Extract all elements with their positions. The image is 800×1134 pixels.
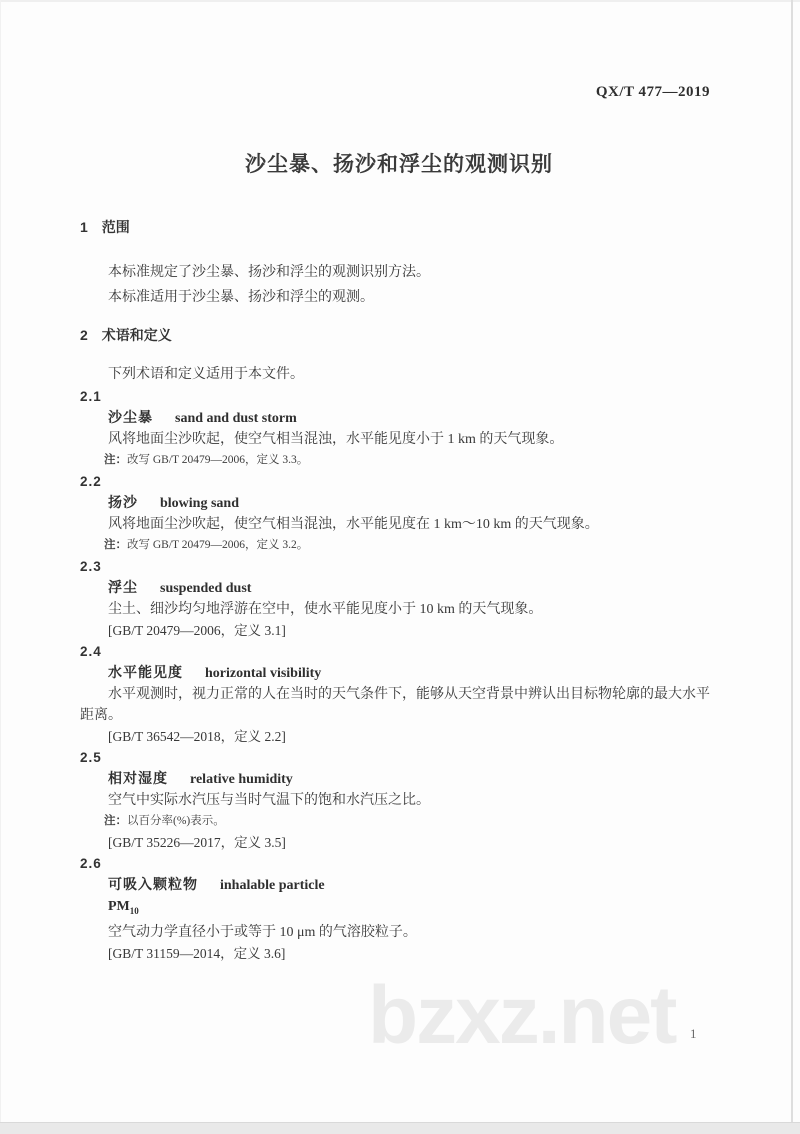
term-2-2-number: 2.2 xyxy=(80,471,718,492)
note-label: 注： xyxy=(104,539,127,551)
term-2-1-number: 2.1 xyxy=(80,386,718,407)
term-2-2-chinese: 扬沙 xyxy=(108,494,138,510)
term-2-4-heading: 水平能见度horizontal visibility xyxy=(80,662,718,684)
scan-edge-left xyxy=(0,0,1,1134)
term-2-5-english: relative humidity xyxy=(190,772,293,787)
section-2-number: 2 xyxy=(80,327,88,343)
term-2-5-source: [GB/T 35226—2017，定义 3.5] xyxy=(80,832,718,853)
term-2-4-english: horizontal visibility xyxy=(205,666,321,681)
scan-edge-bottom xyxy=(0,1122,800,1134)
term-2-4-number: 2.4 xyxy=(80,641,718,662)
document-title: 沙尘暴、扬沙和浮尘的观测识别 xyxy=(80,152,718,178)
term-2-3-heading: 浮尘suspended dust xyxy=(80,577,718,599)
term-2-1-definition: 风将地面尘沙吹起，使空气相当混浊，水平能见度小于 1 km 的天气现象。 xyxy=(80,429,718,450)
term-2-1-english: sand and dust storm xyxy=(175,411,297,426)
terms-intro: 下列术语和定义适用于本文件。 xyxy=(80,364,718,386)
note-text: 改写 GB/T 20479—2006，定义 3.3。 xyxy=(127,454,308,466)
term-2-4-definition: 水平观测时，视力正常的人在当时的天气条件下，能够从天空背景中辨认出目标物轮廓的最… xyxy=(80,684,718,726)
term-2-6-definition: 空气动力学直径小于或等于 10 μm 的气溶胶粒子。 xyxy=(80,922,718,943)
term-2-6-heading: 可吸入颗粒物inhalable particle xyxy=(80,874,718,896)
term-2-4-chinese: 水平能见度 xyxy=(108,664,183,680)
watermark-text: bzxz.net xyxy=(368,975,675,1057)
note-text: 以百分率(%)表示。 xyxy=(127,815,225,827)
term-2-3-number: 2.3 xyxy=(80,556,718,577)
term-2-4-source: [GB/T 36542—2018，定义 2.2] xyxy=(80,726,718,747)
term-2-1-note: 注：改写 GB/T 20479—2006，定义 3.3。 xyxy=(80,450,718,471)
term-2-1-heading: 沙尘暴sand and dust storm xyxy=(80,407,718,429)
term-2-2-english: blowing sand xyxy=(160,496,239,511)
term-2-6-source: [GB/T 31159—2014，定义 3.6] xyxy=(80,943,718,964)
note-text: 改写 GB/T 20479—2006，定义 3.2。 xyxy=(127,539,308,551)
document-page: bzxz.net QX/T 477—2019 沙尘暴、扬沙和浮尘的观测识别 1范… xyxy=(0,0,800,1134)
term-2-6-english: inhalable particle xyxy=(220,878,325,893)
terms-list: 2.1 沙尘暴sand and dust storm 风将地面尘沙吹起，使空气相… xyxy=(80,386,718,964)
scope-paragraph-2: 本标准适用于沙尘暴、扬沙和浮尘的观测。 xyxy=(80,285,718,310)
term-2-2-heading: 扬沙blowing sand xyxy=(80,492,718,514)
term-2-6-chinese: 可吸入颗粒物 xyxy=(108,876,198,892)
note-label: 注： xyxy=(104,454,127,466)
section-2-title: 术语和定义 xyxy=(102,327,172,343)
term-2-5-definition: 空气中实际水汽压与当时气温下的饱和水汽压之比。 xyxy=(80,790,718,811)
pm-symbol-subscript: 10 xyxy=(130,906,139,916)
term-2-5-heading: 相对湿度relative humidity xyxy=(80,768,718,790)
term-2-5-number: 2.5 xyxy=(80,747,718,768)
term-2-5-note: 注：以百分率(%)表示。 xyxy=(80,811,718,832)
term-2-3-chinese: 浮尘 xyxy=(108,579,138,595)
section-1-title: 范围 xyxy=(102,219,130,235)
pm-symbol-base: PM xyxy=(108,899,130,914)
term-2-5-chinese: 相对湿度 xyxy=(108,770,168,786)
term-2-3-english: suspended dust xyxy=(160,581,251,596)
scope-paragraph-1: 本标准规定了沙尘暴、扬沙和浮尘的观测识别方法。 xyxy=(80,260,718,285)
section-1-number: 1 xyxy=(80,219,88,235)
scan-edge-right xyxy=(791,0,793,1134)
term-2-2-note: 注：改写 GB/T 20479—2006，定义 3.2。 xyxy=(80,535,718,556)
note-label: 注： xyxy=(104,815,127,827)
term-2-3-source: [GB/T 20479—2006，定义 3.1] xyxy=(80,620,718,641)
section-2-heading: 2术语和定义 xyxy=(80,326,718,344)
term-2-2-definition: 风将地面尘沙吹起，使空气相当混浊，水平能见度在 1 km～10 km 的天气现象… xyxy=(80,514,718,535)
document-content: QX/T 477—2019 沙尘暴、扬沙和浮尘的观测识别 1范围 本标准规定了沙… xyxy=(80,0,718,964)
standard-code: QX/T 477—2019 xyxy=(80,84,718,100)
term-2-6-symbol: PM10 xyxy=(80,896,718,922)
term-2-1-chinese: 沙尘暴 xyxy=(108,409,153,425)
term-2-6-number: 2.6 xyxy=(80,853,718,874)
section-1-heading: 1范围 xyxy=(80,218,718,236)
page-number: 1 xyxy=(690,1026,697,1042)
term-2-3-definition: 尘土、细沙均匀地浮游在空中，使水平能见度小于 10 km 的天气现象。 xyxy=(80,599,718,620)
